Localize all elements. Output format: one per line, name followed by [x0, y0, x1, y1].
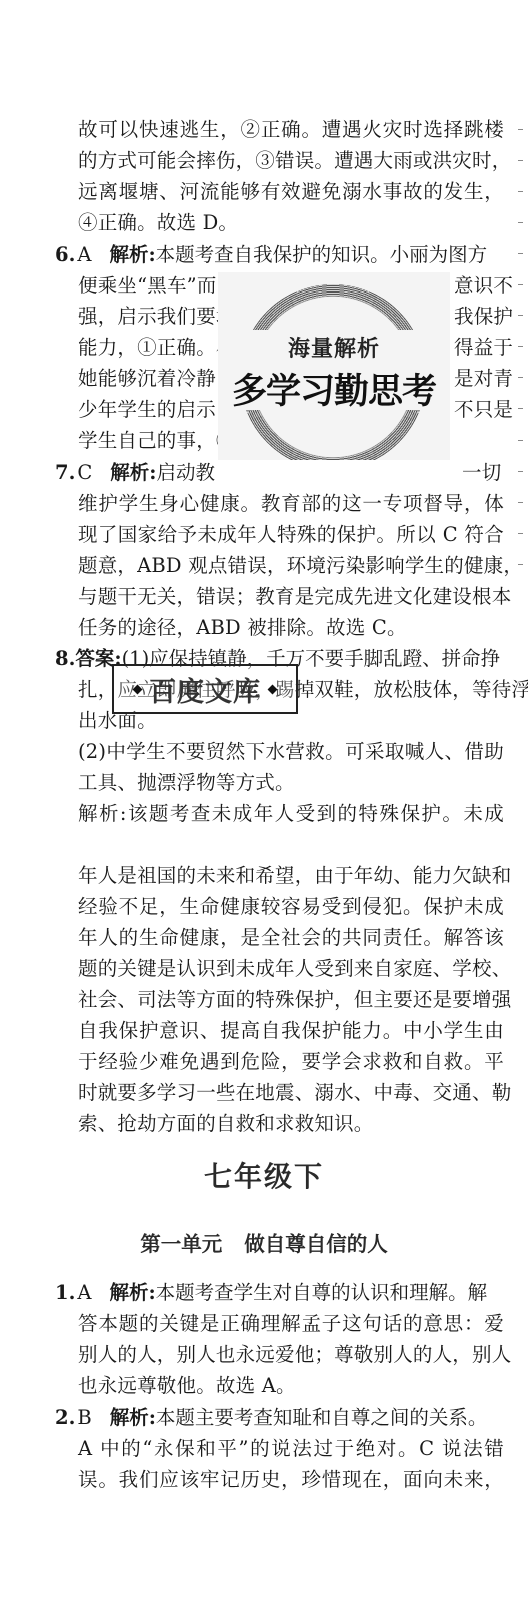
text-line: 解析:该题考查未成年人受到的特殊保护。未成: [78, 799, 504, 829]
analysis-text: 本题主要考查知耻和自尊之间的关系。: [156, 1406, 488, 1429]
watermark-stamp: 百度文库: [112, 664, 298, 714]
analysis-label: 解析:: [109, 1281, 155, 1304]
question-2-first-line: 2.B解析:本题主要考查知耻和自尊之间的关系。: [55, 1403, 504, 1433]
question-number: 6.: [55, 243, 75, 266]
text-line: 的方式可能会摔伤，③错误。遭遇大雨或洪灾时，: [78, 146, 504, 176]
margin-tick: [518, 377, 523, 378]
text-line: 任务的途径，ABD 被排除。故选 C。: [78, 613, 504, 643]
question-answer: A: [77, 1281, 91, 1304]
text-line: 误。我们应该牢记历史，珍惜现在，面向未来，: [78, 1465, 504, 1495]
text-line: 工具、抛漂浮物等方式。: [78, 768, 504, 798]
text-line: 年人是祖国的未来和希望，由于年幼、能力欠缺和: [78, 861, 504, 891]
margin-tick: [518, 129, 523, 130]
margin-tick: [518, 440, 523, 441]
document-page: 故可以快速逃生，②正确。遭遇火灾时选择跳楼 的方式可能会摔伤，③错误。遭遇大雨或…: [0, 0, 528, 1600]
analysis-label: 解析:: [110, 461, 156, 484]
unit-name: 做自尊自信的人: [244, 1232, 388, 1256]
text-line-left: 强，启示我们要增: [78, 302, 218, 332]
text-line: 故可以快速逃生，②正确。遭遇火灾时选择跳楼: [78, 115, 504, 145]
unit-label: 第一单元: [140, 1232, 222, 1256]
text-line: 经验不足，生命健康较容易受到侵犯。保护未成: [78, 892, 504, 922]
margin-tick: [518, 564, 523, 565]
question-6-first-line: 6.A解析:本题考查自我保护的知识。小丽为图方: [55, 240, 504, 270]
margin-tick: [518, 284, 523, 285]
text-line: 与题干无关，错误；教育是完成先进文化建设根本: [78, 582, 504, 612]
question-number: 8.: [55, 647, 75, 670]
margin-tick: [518, 408, 523, 409]
text-line: 远离堰塘、河流能够有效避免溺水事故的发生，: [78, 177, 504, 207]
text-line-right: 得益于: [454, 333, 514, 363]
text-line: A 中的“永保和平”的说法过于绝对。C 说法错: [78, 1434, 504, 1464]
text-line: 年人的生命健康，是全社会的共同责任。解答该: [78, 923, 504, 953]
margin-tick: [518, 315, 523, 316]
margin-tick: [518, 502, 523, 503]
diamond-icon: [268, 684, 278, 694]
question-number: 2.: [55, 1406, 75, 1429]
question-answer: C: [77, 461, 92, 484]
question-number: 7.: [55, 461, 75, 484]
text-line-right: 我保护: [454, 302, 514, 332]
text-line: (2)中学生不要贸然下水营救。可采取喊人、借助: [78, 737, 504, 767]
margin-tick: [518, 191, 523, 192]
watermark-logo-line1: 海量解析: [218, 332, 450, 363]
margin-tick: [518, 471, 523, 472]
text-line: ④正确。故选 D。: [78, 208, 504, 238]
text-line: 自我保护意识、提高自我保护能力。中小学生由: [78, 1016, 504, 1046]
unit-title: 第一单元做自尊自信的人: [0, 1227, 528, 1257]
analysis-text: 本题考查自我保护的知识。小丽为图方: [156, 243, 488, 266]
watermark-logo-line2: 多学习勤思考: [218, 364, 450, 414]
text-line-left: 她能够沉着冷静: [78, 364, 218, 394]
analysis-label: 解析:: [109, 243, 155, 266]
diamond-icon: [133, 684, 143, 694]
text-line: 维护学生身心健康。教育部的这一专项督导，体: [78, 489, 504, 519]
text-line-right: 是对青: [454, 364, 514, 394]
text-line: 时就要多学习一些在地震、溺水、中毒、交通、勒: [78, 1078, 504, 1108]
text-line-left: 学生自己的事，④: [78, 426, 218, 456]
margin-tick: [518, 533, 523, 534]
analysis-text: 本题考查学生对自尊的认识和理解。解: [156, 1281, 488, 1304]
text-line: 于经验少难免遇到危险，要学会求救和自救。平: [78, 1047, 504, 1077]
text-line: 答本题的关键是正确理解孟子这句话的意思：爱: [78, 1309, 504, 1339]
analysis-text: 启动教: [156, 461, 215, 484]
margin-tick: [518, 253, 523, 254]
text-line: 题的关键是认识到未成年人受到来自家庭、学校、: [78, 954, 504, 984]
grade-title: 七年级下: [0, 1155, 528, 1195]
text-line-right: 不只是: [454, 395, 514, 425]
text-line: 也永远尊敬他。故选 A。: [78, 1371, 504, 1401]
question-7-first-line: 7.C解析:启动教: [55, 458, 504, 488]
text-line: 题意，ABD 观点错误，环境污染影响学生的健康，: [78, 551, 504, 581]
text-line: 索、抢劫方面的自救和求救知识。: [78, 1109, 504, 1139]
question-answer: B: [77, 1406, 91, 1429]
question-answer: A: [77, 243, 91, 266]
watermark-logo: 海量解析 多学习勤思考: [218, 272, 450, 460]
text-line: 别人的人，别人也永远爱他；尊敬别人的人，别人: [78, 1340, 504, 1370]
text-line: 社会、司法等方面的特殊保护，但主要还是要增强: [78, 985, 504, 1015]
question-1-first-line: 1.A解析:本题考查学生对自尊的认识和理解。解: [55, 1278, 504, 1308]
margin-tick: [518, 160, 523, 161]
watermark-stamp-text: 百度文库: [149, 670, 261, 709]
margin-tick: [518, 346, 523, 347]
text-line: 现了国家给予未成年人特殊的保护。所以 C 符合: [78, 520, 504, 550]
text-line-right: 意识不: [454, 271, 514, 301]
question-number: 1.: [55, 1281, 75, 1304]
analysis-label: 解析:: [110, 1406, 156, 1429]
text-line-left: 少年学生的启示: [78, 395, 218, 425]
text-line-left: 能力，①正确。小: [78, 333, 218, 363]
text-line-left: 便乘坐“黑车”而: [78, 271, 218, 301]
text-line-right: 一切: [462, 458, 506, 488]
margin-tick: [518, 222, 523, 223]
